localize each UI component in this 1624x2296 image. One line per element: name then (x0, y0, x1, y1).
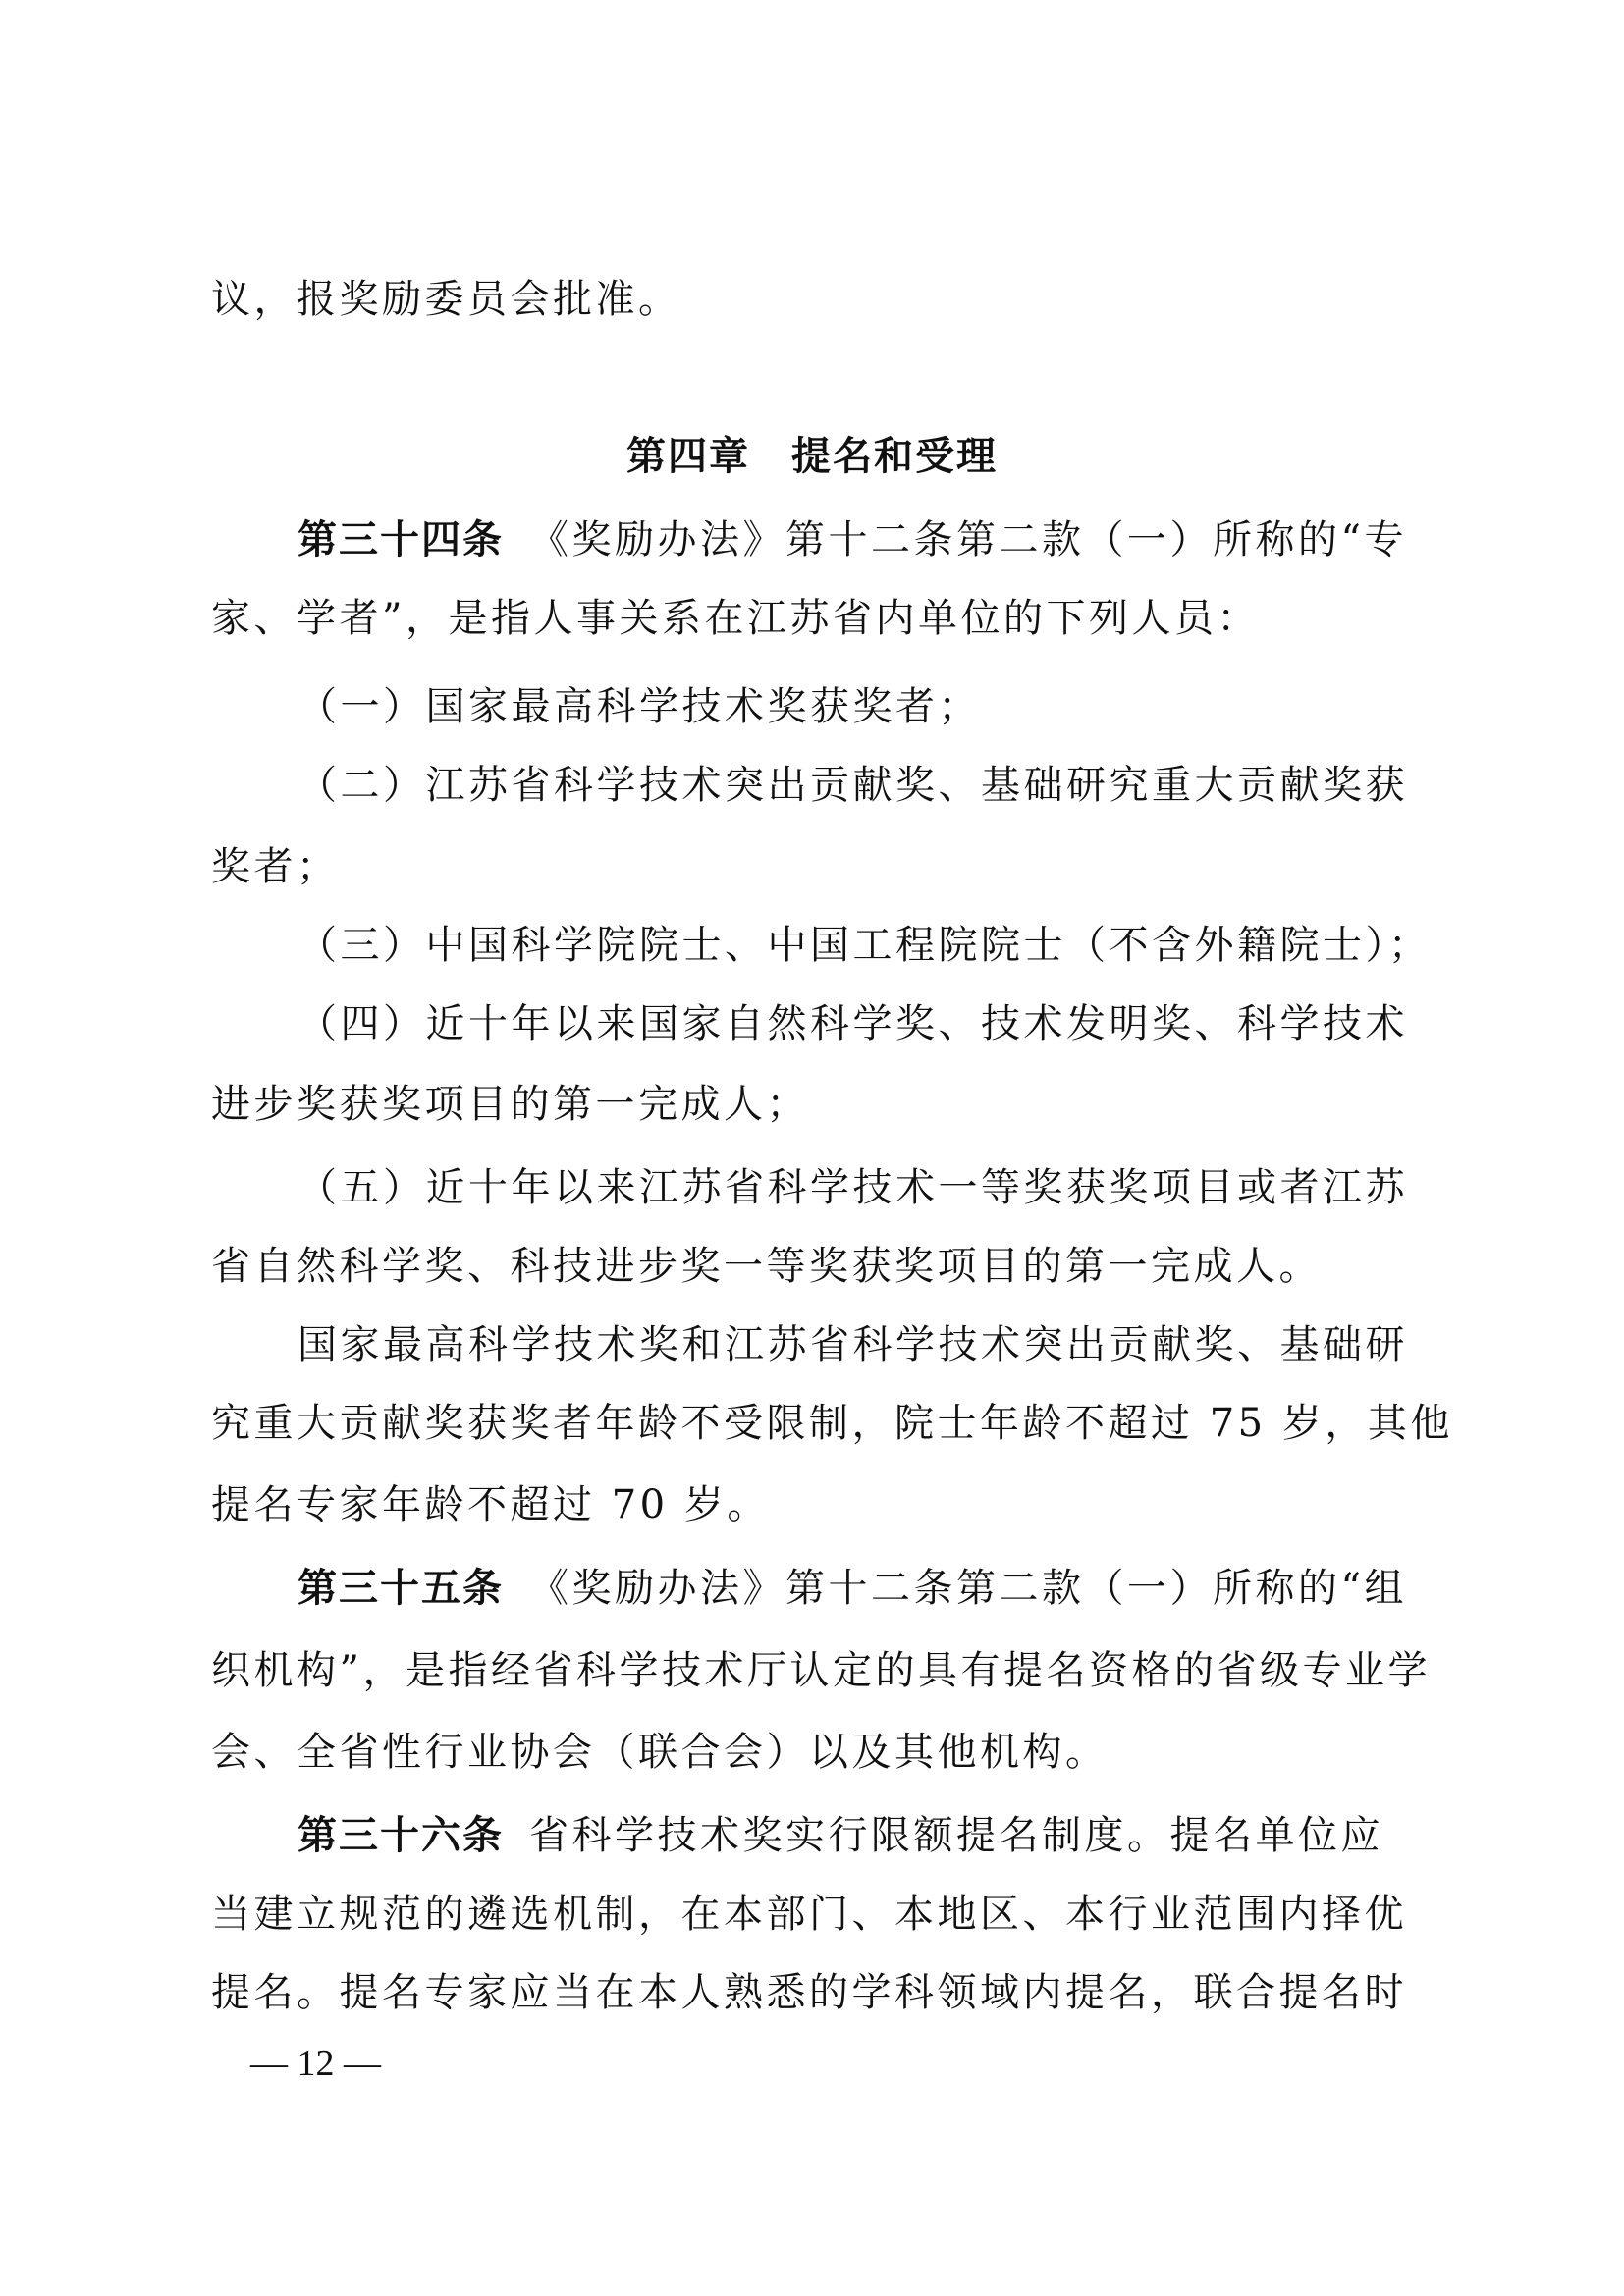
article-34-line-1: 第三十四条《奖励办法》第十二条第二款（一）所称的“专 (298, 516, 1424, 563)
age-limit-line-2: 究重大贡献奖获奖者年龄不受限制，院士年龄不超过 75 岁，其他 (211, 1400, 1424, 1447)
article-34-line-2: 家、学者”，是指人事关系在江苏省内单位的下列人员： (211, 595, 1424, 642)
item-3: （三）中国科学院院士、中国工程院院士（不含外籍院士）； (298, 922, 1424, 969)
article-35-label: 第三十五条 (298, 1566, 504, 1611)
item-4-line-2: 进步奖获奖项目的第一完成人； (211, 1081, 1424, 1128)
article-35-line-2: 织机构”，是指经省科学技术厅认定的具有提名资格的省级专业学 (211, 1647, 1424, 1694)
article-36-line-1: 第三十六条省科学技术奖实行限额提名制度。提名单位应 (298, 1812, 1424, 1859)
item-2-line-1: （二）江苏省科学技术突出贡献奖、基础研究重大贡献奖获 (298, 762, 1424, 809)
page-number: — 12 — (250, 2044, 381, 2083)
article-36-line-3: 提名。提名专家应当在本人熟悉的学科领域内提名，联合提名时 (211, 1969, 1424, 2016)
article-34-label: 第三十四条 (298, 517, 504, 562)
item-2-line-2: 奖者； (211, 843, 1424, 890)
age-limit-line-1: 国家最高科学技术奖和江苏省科学技术突出贡献奖、基础研 (298, 1321, 1424, 1368)
article-36-line-2: 当建立规范的遴选机制，在本部门、本地区、本行业范围内择优 (211, 1891, 1424, 1938)
age-limit-line-3: 提名专家年龄不超过 70 岁。 (211, 1481, 1424, 1528)
item-5-line-1: （五）近十年以来江苏省科学技术一等奖获奖项目或者江苏 (298, 1164, 1424, 1211)
item-1: （一）国家最高科学技术奖获奖者； (298, 683, 1424, 730)
article-35-line-1: 第三十五条《奖励办法》第十二条第二款（一）所称的“组 (298, 1565, 1424, 1612)
document-page: 议，报奖励委员会批准。 第四章 提名和受理 第三十四条《奖励办法》第十二条第二款… (0, 0, 1624, 2296)
article-36-label: 第三十六条 (298, 1813, 504, 1858)
chapter-heading: 第四章 提名和受理 (0, 433, 1624, 480)
item-5-line-2: 省自然科学奖、科技进步奖一等奖获奖项目的第一完成人。 (211, 1243, 1424, 1290)
article-35-line-3: 会、全省性行业协会（联合会）以及其他机构。 (211, 1729, 1424, 1776)
item-4-line-1: （四）近十年以来国家自然科学奖、技术发明奖、科学技术 (298, 1000, 1424, 1047)
paragraph-fragment: 议，报奖励委员会批准。 (211, 276, 1424, 323)
